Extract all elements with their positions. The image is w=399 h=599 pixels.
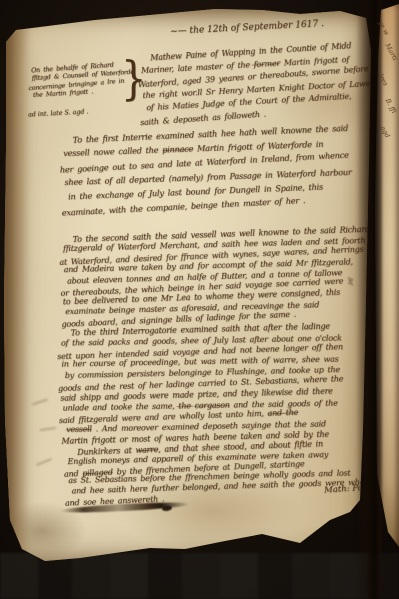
deposition-paragraph-answer-first: To the first Interrie examined saith hee… — [60, 121, 352, 219]
manuscript-photo: ~— the 12th of September 1617 . On the b… — [0, 0, 399, 599]
deposition-paragraph-preamble: Mathew Paine of Wapping in the Countie o… — [138, 39, 374, 128]
shelf-background — [0, 553, 399, 599]
deposition-paragraph-closing: Dunkirkers at w̶a̶r̶r̶e̶, and that shee … — [65, 438, 368, 507]
gutter-shadow — [356, 0, 382, 599]
gutter-stain — [2, 6, 30, 572]
show-through-mark — [40, 427, 56, 431]
margin-note-footnote: ad int. late S. agd . — [28, 108, 89, 118]
ink-blot — [162, 505, 173, 511]
show-through-mark — [32, 399, 48, 406]
left-page: ~— the 12th of September 1617 . On the b… — [2, 6, 374, 572]
margin-note: On the behalfe of Richardffitzgd & Couns… — [29, 60, 133, 101]
page-heading-date: ~— the 12th of September 1617 . — [170, 19, 324, 37]
deposition-paragraph-answer-second: To the second saith the said vessell was… — [60, 225, 372, 329]
show-through-mark — [36, 458, 52, 466]
deposition-paragraph-answer-third: To the third Interrogatorie examined sai… — [58, 321, 347, 447]
ink-mark-t: T — [338, 517, 348, 533]
